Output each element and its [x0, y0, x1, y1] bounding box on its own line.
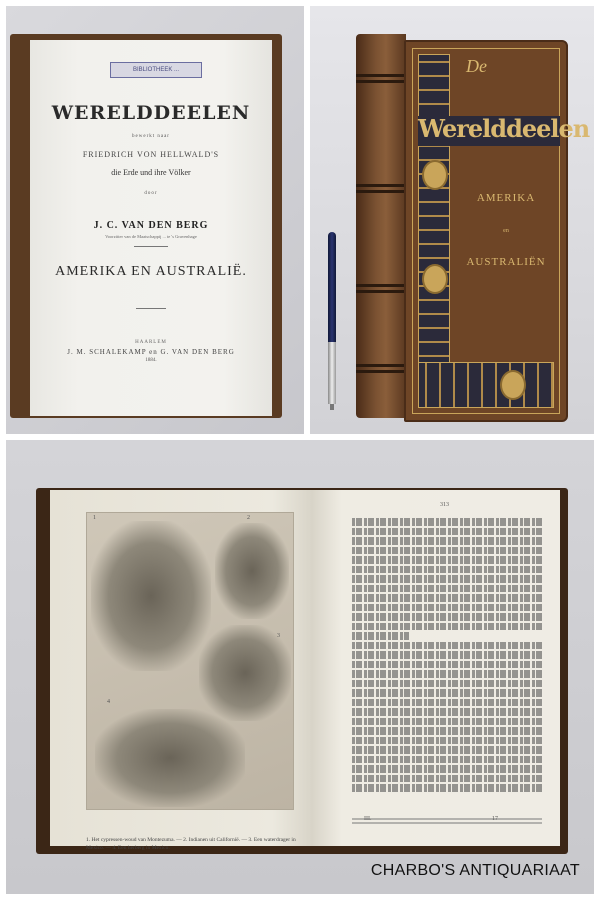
- volume-title: AMERIKA EN AUSTRALIË.: [30, 264, 272, 280]
- body-text: [352, 518, 542, 794]
- watermark: CHARBO'S ANTIQUARIAAT: [371, 862, 580, 880]
- cover-amerika: AMERIKA: [456, 192, 556, 204]
- signature-mark: 17: [492, 816, 498, 822]
- water-carrier-scene: [199, 625, 291, 721]
- author-note: Voorzitter van de Maatschappij ... te 's…: [30, 234, 272, 239]
- footnote: [352, 818, 542, 828]
- publisher: J. M. SCHALEKAMP en G. VAN DEN BERG: [30, 348, 272, 356]
- pen-scale-reference: [328, 232, 336, 408]
- library-stamp: BIBLIOTHEEK ...: [110, 62, 202, 78]
- folio: III.: [364, 816, 372, 822]
- cover-en: en: [456, 228, 556, 234]
- ornament-border-vertical: [418, 54, 450, 408]
- figures-scene: [215, 523, 289, 619]
- engraved-plate: 1 2 3 4: [86, 512, 294, 810]
- plate-caption: 1. Het cypressen-woud van Montezuma. — 2…: [86, 836, 296, 852]
- portrait-medallion-icon: [422, 160, 448, 190]
- plate-label: 1: [93, 515, 96, 521]
- source-work: die Erde und ihre Völker: [30, 168, 272, 177]
- divider-rule: [134, 246, 168, 247]
- page-number: 313: [440, 502, 449, 508]
- title-page-photo: BIBLIOTHEEK ... WERELDDEELEN bewerkt naa…: [6, 6, 304, 434]
- cover-title: Werelddeelen: [418, 114, 560, 143]
- door-label: door: [30, 191, 272, 196]
- book-cover: De Werelddeelen AMERIKA en AUSTRALIËN: [404, 40, 568, 422]
- plate-label: 2: [247, 515, 250, 521]
- open-book-photo: 1 2 3 4 1. Het cypressen-woud van Montez…: [6, 440, 594, 894]
- source-author: FRIEDRICH VON HELLWALD'S: [30, 150, 272, 159]
- cover-de: De: [466, 56, 487, 77]
- inn-scene: [95, 709, 245, 807]
- portrait-medallion-icon: [500, 370, 526, 400]
- publisher-city: HAARLEM: [30, 340, 272, 345]
- subtitle-small: bewerkt naar: [30, 134, 272, 139]
- forest-scene: [91, 521, 211, 671]
- portrait-medallion-icon: [422, 264, 448, 294]
- cover-australien: AUSTRALIËN: [456, 256, 556, 268]
- publication-year: 1884.: [30, 358, 272, 363]
- book-spine: [356, 34, 406, 418]
- front-cover-photo: De Werelddeelen AMERIKA en AUSTRALIËN: [310, 6, 594, 434]
- ornament-rule: [136, 308, 166, 309]
- author: J. C. VAN DEN BERG: [30, 220, 272, 231]
- ornament-border-horizontal: [418, 362, 554, 408]
- plate-label: 3: [277, 633, 280, 639]
- plate-label: 4: [107, 699, 110, 705]
- book-title: WERELDDEELEN: [30, 102, 272, 124]
